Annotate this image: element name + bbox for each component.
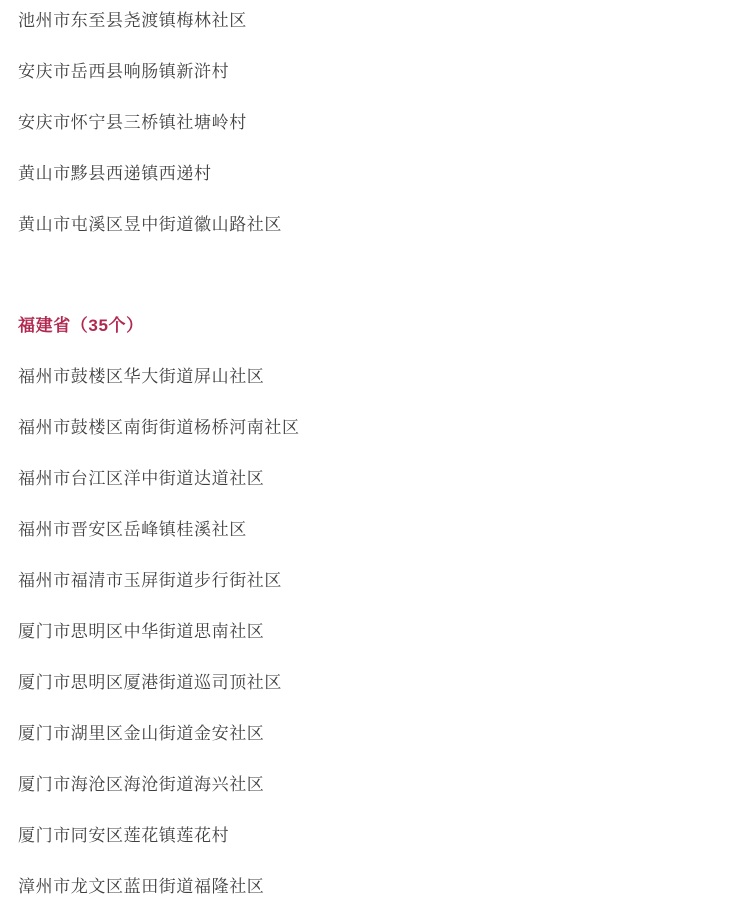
list-item: 黄山市屯溪区昱中街道徽山路社区 [18, 211, 710, 238]
list-item: 福州市鼓楼区南街街道杨桥河南社区 [18, 414, 710, 441]
list-item: 安庆市岳西县响肠镇新浒村 [18, 58, 710, 85]
list-item: 黄山市黟县西递镇西递村 [18, 160, 710, 187]
list-item: 厦门市思明区厦港街道巡司顶社区 [18, 669, 710, 696]
list-item: 福州市鼓楼区华大街道屏山社区 [18, 363, 710, 390]
list-item: 福州市福清市玉屏街道步行街社区 [18, 567, 710, 594]
list-item: 安庆市怀宁县三桥镇社塘岭村 [18, 109, 710, 136]
list-item: 福州市晋安区岳峰镇桂溪社区 [18, 516, 710, 543]
list-item: 福州市台江区洋中街道达道社区 [18, 465, 710, 492]
list-item: 厦门市海沧区海沧街道海兴社区 [18, 771, 710, 798]
list-item: 厦门市同安区莲花镇莲花村 [18, 822, 710, 849]
list-item: 厦门市湖里区金山街道金安社区 [18, 720, 710, 747]
section-header-fujian: 福建省（35个） [18, 312, 710, 339]
list-item: 厦门市思明区中华街道思南社区 [18, 618, 710, 645]
article-body: 池州市东至县尧渡镇梅林社区 安庆市岳西县响肠镇新浒村 安庆市怀宁县三桥镇社塘岭村… [0, 0, 730, 900]
list-item: 池州市东至县尧渡镇梅林社区 [18, 7, 710, 34]
list-item: 漳州市龙文区蓝田街道福隆社区 [18, 873, 710, 900]
